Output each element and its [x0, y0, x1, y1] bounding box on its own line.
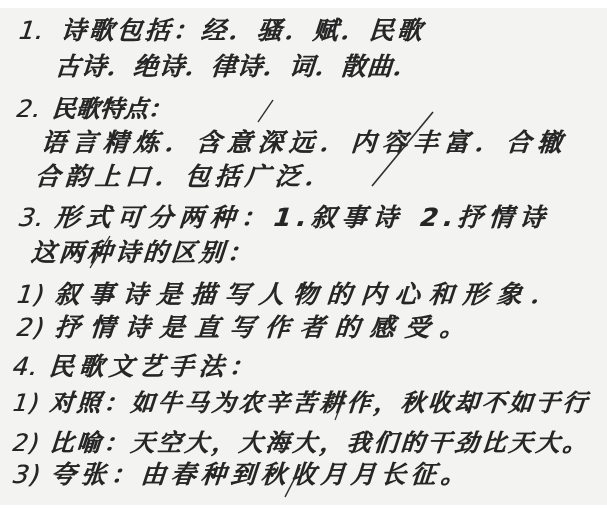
- item-4-sub-3: 3)夸张：由春种到秋收月月长征。: [8, 460, 477, 490]
- item-1-line-2: 古诗．绝诗．律诗．词．散曲．: [52, 52, 426, 82]
- item-2-heading: 民歌特点：: [49, 95, 178, 123]
- item-3-sub-2: 2)抒情诗是直写作者的感受。: [12, 313, 481, 343]
- item-3-sub-2-text: 抒情诗是直写作者的感受。: [52, 313, 481, 342]
- item-3-line-1: 3.形式可分两种：1.叙事诗 2.抒情诗: [14, 203, 557, 233]
- item-1-text: 诗歌包括：经．骚．赋．民歌: [58, 16, 431, 45]
- item-3-sub-1-text: 叙事诗是描写人物的内心和形象．: [52, 280, 571, 309]
- item-4-sub-2: 2)比喻：天空大，大海大，我们的干劲比天大。: [8, 428, 596, 458]
- item-4-sub-2-text: 比喻：天空大，大海大，我们的干劲比天大。: [47, 429, 596, 457]
- item-4-sub-3-text: 夸张：由春种到秋收月月长征。: [48, 460, 477, 489]
- item-4-heading-line: 4.民歌文艺手法：: [8, 352, 266, 382]
- item-2-line-2: 合韵上口．包括广泛．: [32, 162, 342, 192]
- item-2-heading-line: 2.民歌特点：: [12, 94, 179, 124]
- item-3-sub-1: 1)叙事诗是描写人物的内心和形象．: [12, 280, 571, 310]
- item-3-line-2: 这两种诗的区别：: [28, 238, 262, 268]
- item-4-sub-1: 1)对照：如牛马为农辛苦耕作，秋收却不如于行: [8, 388, 596, 418]
- item-2-line-1: 语言精炼．含意深远．内容丰富．合辙: [38, 128, 575, 158]
- item-1-line-1: 1.诗歌包括：经．骚．赋．民歌: [14, 16, 432, 46]
- item-3-text: 形式可分两种：1.叙事诗 2.抒情诗: [52, 203, 557, 232]
- item-4-heading: 民歌文艺手法：: [46, 352, 265, 381]
- item-4-sub-1-text: 对照：如牛马为农辛苦耕作，秋收却不如于行: [47, 389, 596, 417]
